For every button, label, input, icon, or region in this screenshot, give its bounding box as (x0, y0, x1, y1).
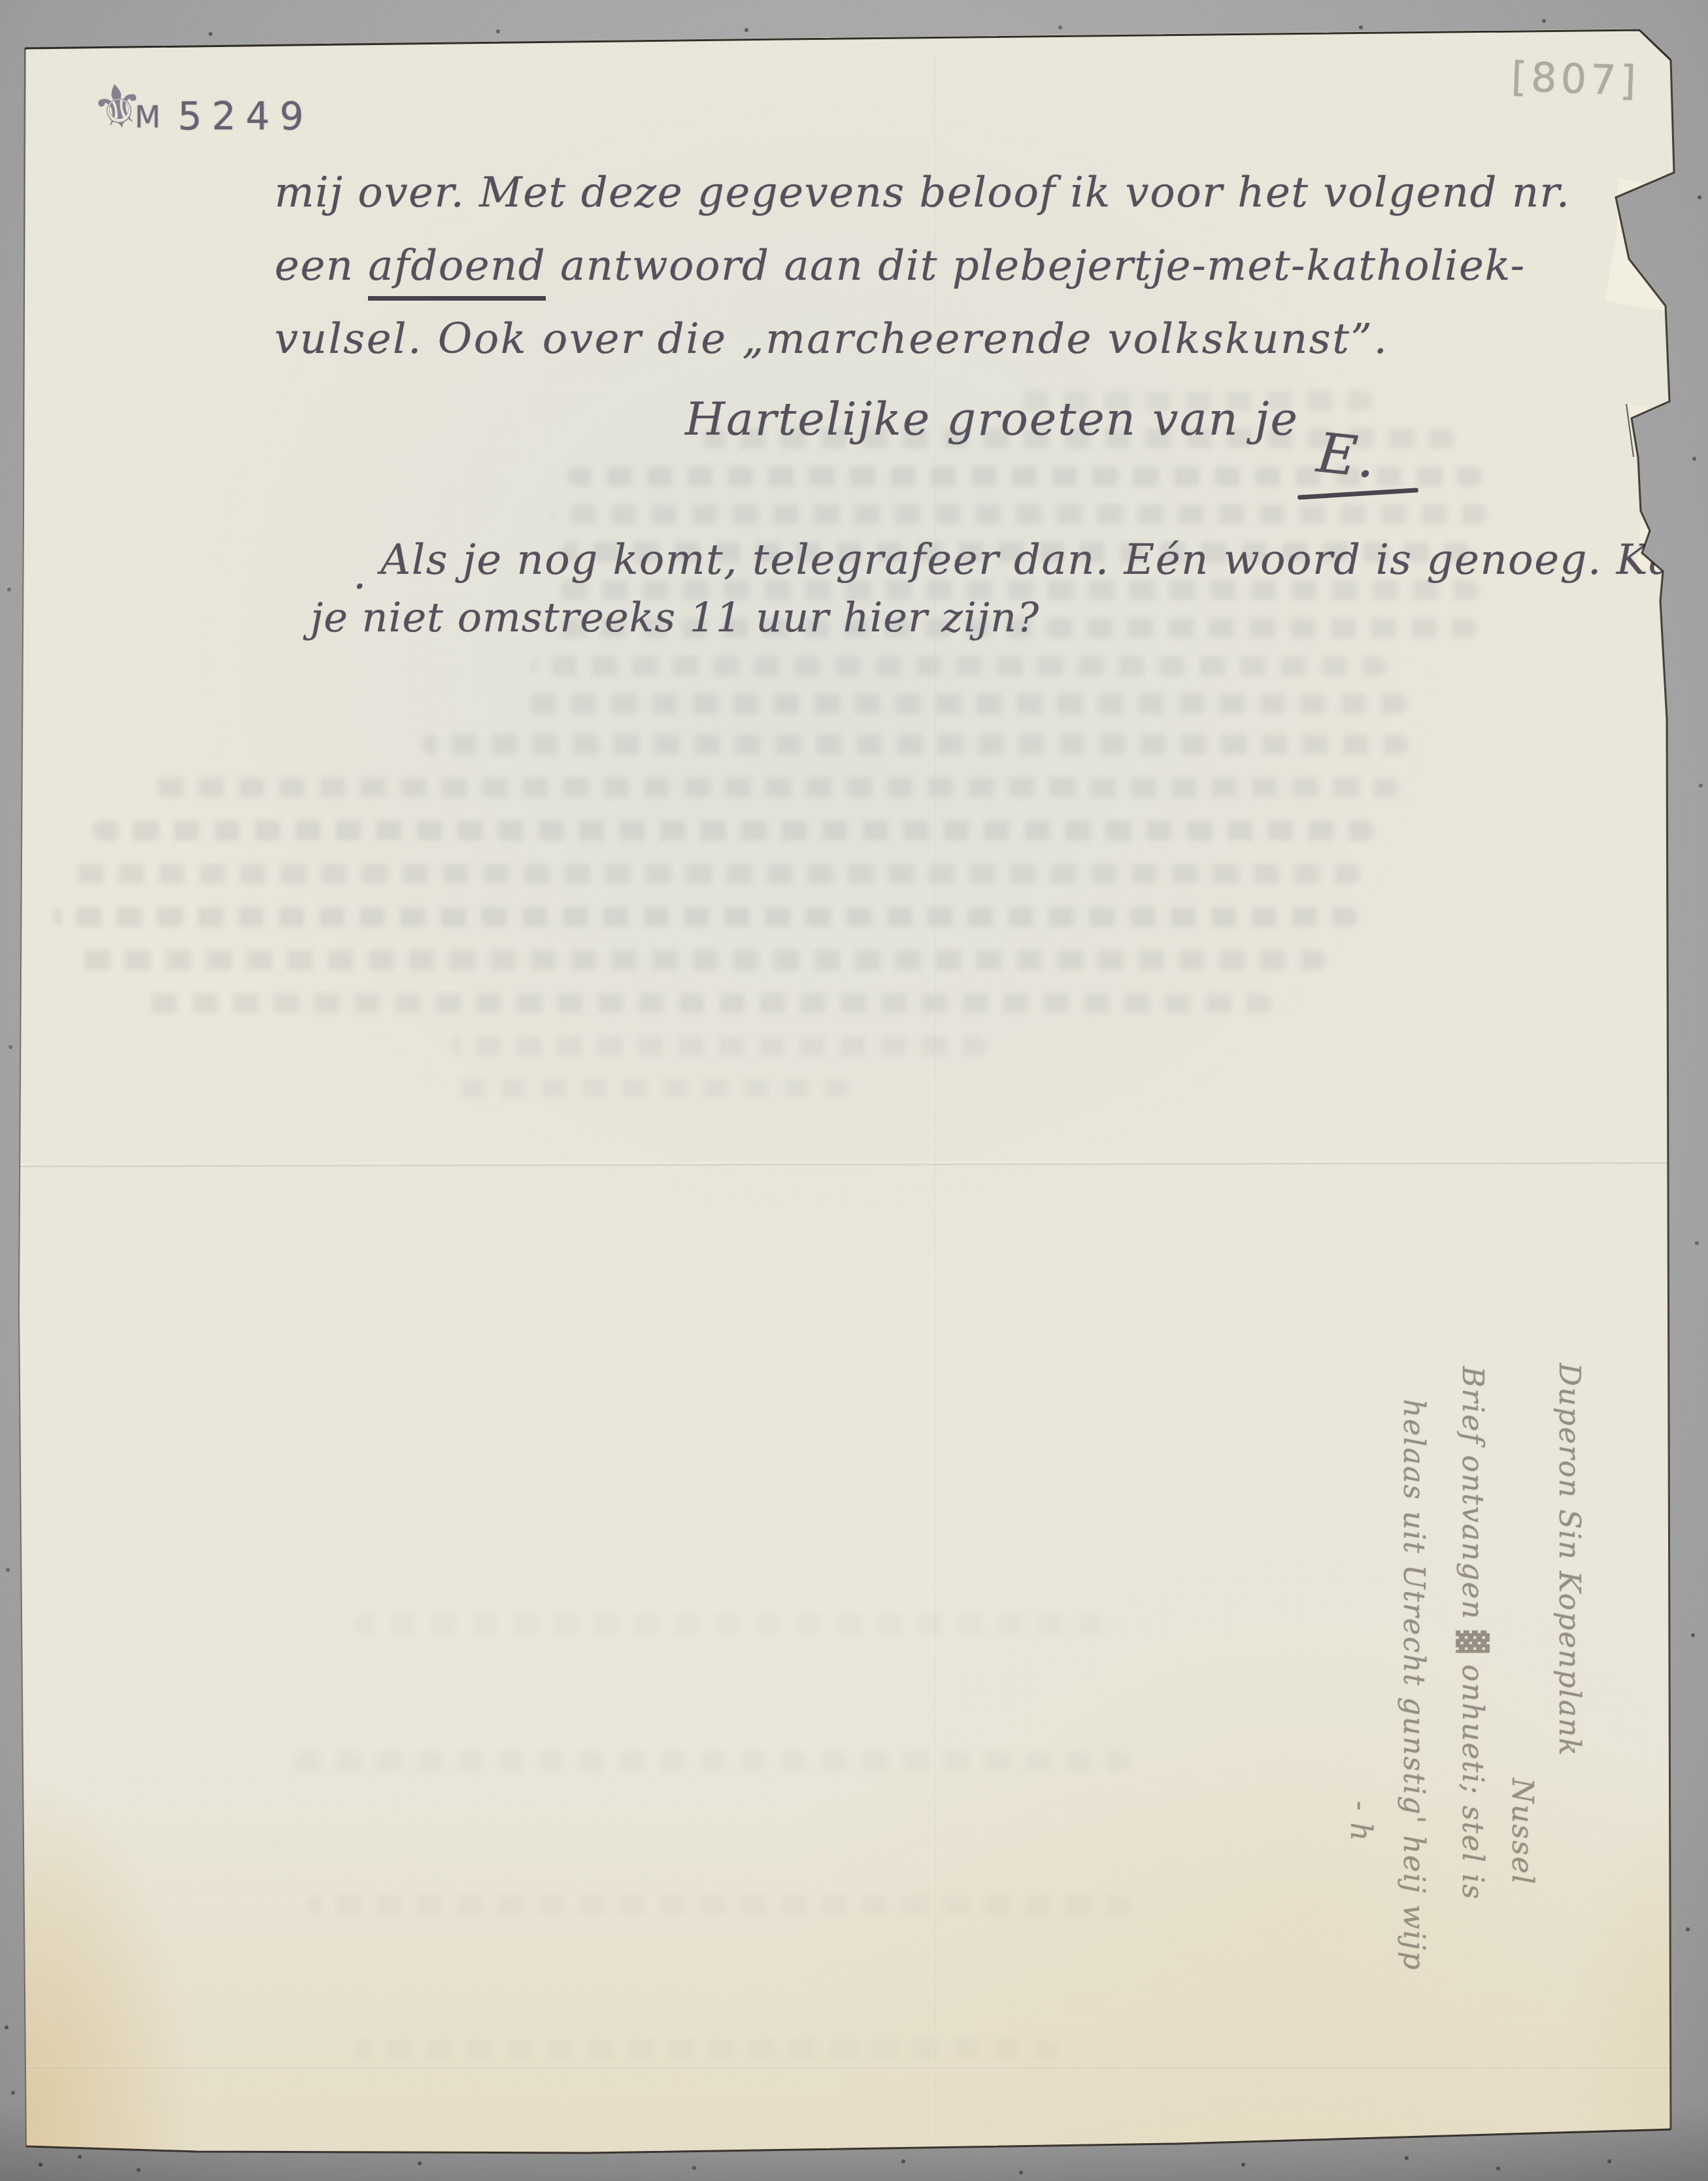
bleed-through-line (77, 950, 1326, 970)
bleed-through-line (422, 735, 1409, 754)
bleed-through-line (154, 778, 1399, 797)
bleed-through-line (531, 656, 1387, 676)
letter-paper-sheet: ⚜ M 5249 [807] mij over. Met deze gegeve… (0, 0, 1708, 2181)
margin-note-line-1: Duperon Sin Kopenplank (1552, 1363, 1586, 1769)
letter-line-3: vulsel. Ook over die „marcheerende volks… (275, 315, 1388, 363)
letter-line-2-pre: een (275, 242, 368, 290)
bleed-through-line (307, 1895, 1131, 1915)
bleed-through-line (281, 1752, 1131, 1771)
torn-edge-fiber (1605, 178, 1670, 312)
stamp-number: 5249 (178, 94, 314, 139)
margin-note-line-4: helaas uit Utrecht gunstig' heij wijp (1397, 1399, 1430, 2046)
closing-line: Hartelijke groeten van je (685, 392, 1299, 446)
margin-note-line-3: Brief ontvangen ▓ onhueti; stel is (1456, 1367, 1489, 2014)
bleed-through-line (62, 864, 1360, 884)
fold-crease-horizontal (20, 1160, 1669, 1167)
bleed-through-line (93, 821, 1374, 841)
postscript-leading-mark: . (353, 550, 367, 599)
page-number-annotation: [807] (1511, 53, 1641, 105)
signature-underline (1298, 488, 1418, 499)
underlined-word: afdoend (368, 242, 546, 301)
bleed-through-line (54, 907, 1358, 927)
margin-note-line-2: Nussel (1505, 1778, 1539, 1922)
bleed-through-line (518, 694, 1407, 714)
fold-crease-vertical (933, 52, 935, 2137)
postscript-line-2: je niet omstreeks 11 uur hier zijn? (310, 593, 1039, 641)
letter-line-2: een afdoend antwoord aan dit plebejertje… (275, 242, 1526, 301)
postscript-line-1: Als je nog komt, telegrafeer dan. Eén wo… (380, 536, 1702, 584)
bleed-through-line (458, 1078, 850, 1098)
letter-line-1: mij over. Met deze gegevens beloof ik vo… (275, 169, 1571, 217)
bleed-through-line (353, 1614, 1105, 1634)
fold-crease-horizontal-faint (20, 2065, 1669, 2069)
margin-note-line-5: - h (1344, 1801, 1377, 1860)
bleed-through-line (451, 1037, 987, 1056)
bleed-through-line (353, 2039, 1059, 2059)
scanner-background: ⚜ M 5249 [807] mij over. Met deze gegeve… (0, 0, 1708, 2181)
bleed-through-line (552, 505, 1487, 524)
margin-speckles-bottom (0, 0, 3, 3)
signature: E. (1314, 421, 1380, 491)
bleed-through-line (141, 993, 1271, 1013)
letter-line-2-post: antwoord aan dit plebejertje-met-katholi… (546, 242, 1526, 290)
stamp-letter: M (135, 99, 161, 135)
